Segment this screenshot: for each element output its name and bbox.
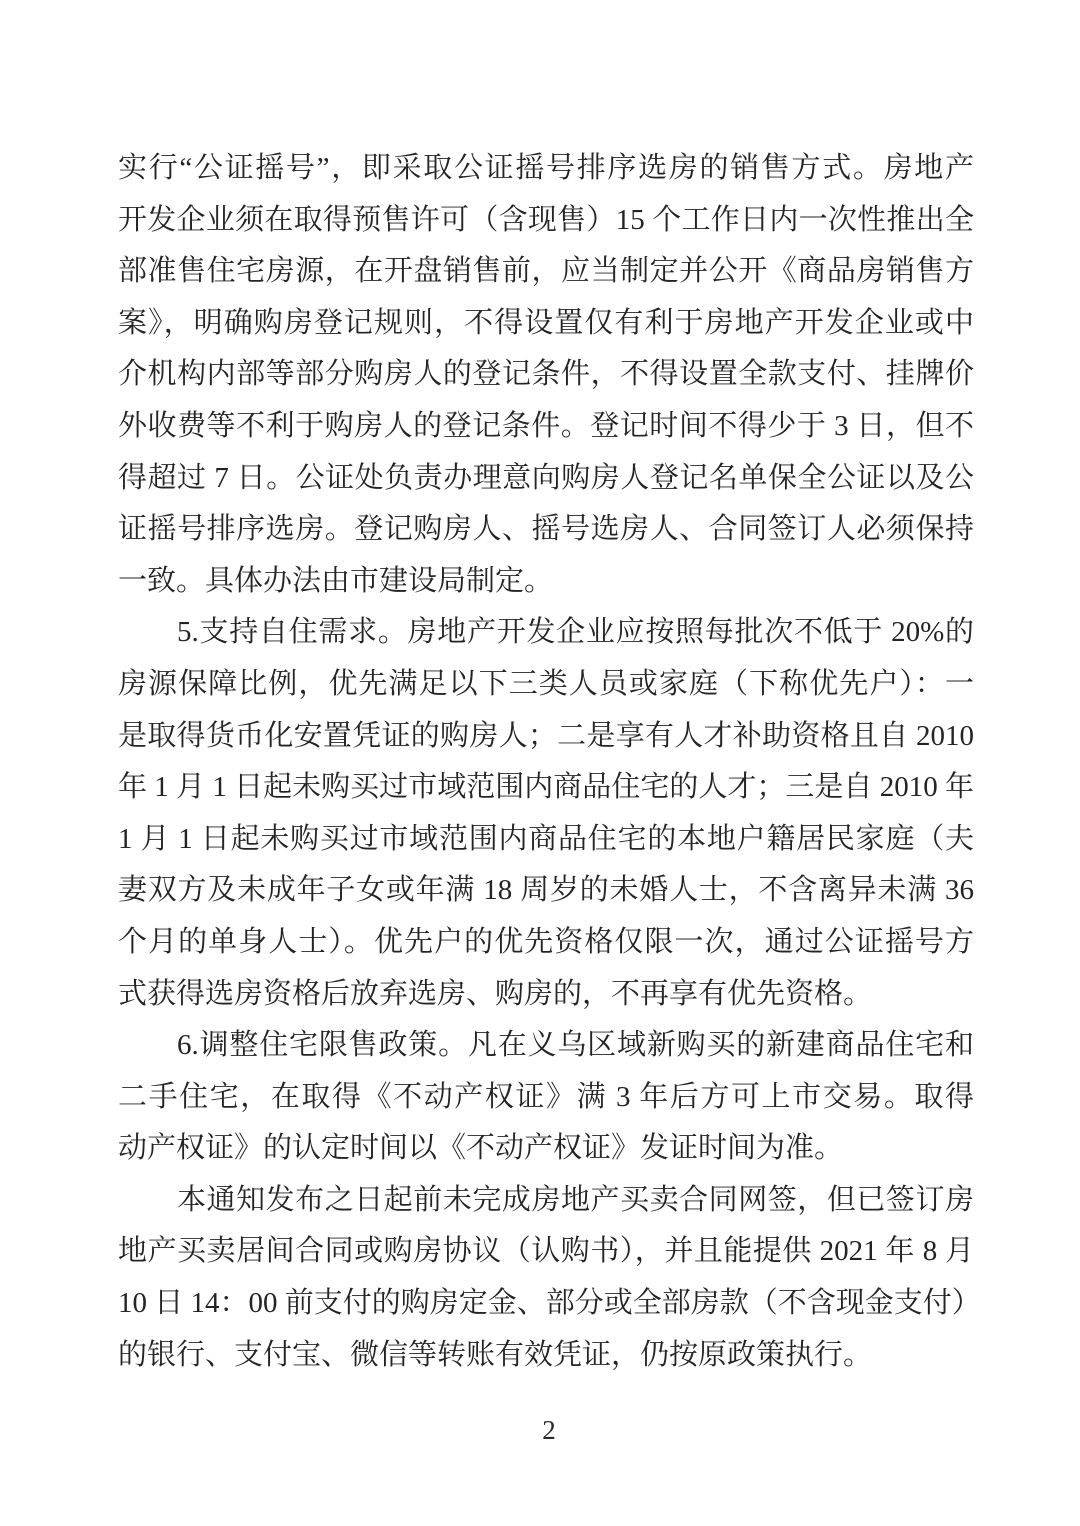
text-line-item-5: 5.支持自住需求。房地产开发企业应按照每批次不低于 20%的: [118, 607, 974, 659]
text-line: 式获得选房资格后放弃选房、购房的，不再享有优先资格。: [118, 969, 974, 1021]
text-line: 案》，明确购房登记规则，不得设置仅有利于房地产开发企业或中: [118, 298, 974, 350]
text-line: 外收费等不利于购房人的登记条件。登记时间不得少于 3 日，但不: [118, 401, 974, 453]
text-line: 是取得货币化安置凭证的购房人；二是享有人才补助资格且自 2010: [118, 711, 974, 763]
document-page: 实行“公证摇号”，即采取公证摇号排序选房的销售方式。房地产 开发企业须在取得预售…: [0, 0, 1080, 1526]
text-line: 房源保障比例，优先满足以下三类人员或家庭（下称优先户）：一: [118, 659, 974, 711]
text-line: 二手住宅，在取得《不动产权证》满 3 年后方可上市交易。取得《不: [118, 1072, 974, 1124]
text-line: 部准售住宅房源，在开盘销售前，应当制定并公开《商品房销售方: [118, 246, 974, 298]
text-line: 开发企业须在取得预售许可（含现售）15 个工作日内一次性推出全: [118, 195, 974, 247]
document-body: 实行“公证摇号”，即采取公证摇号排序选房的销售方式。房地产 开发企业须在取得预售…: [118, 143, 974, 1381]
text-line: 地产买卖居间合同或购房协议（认购书），并且能提供 2021 年 8 月: [118, 1226, 974, 1278]
text-line: 得超过 7 日。公证处负责办理意向购房人登记名单保全公证以及公: [118, 453, 974, 505]
text-line: 的银行、支付宝、微信等转账有效凭证，仍按原政策执行。: [118, 1330, 974, 1382]
page-number: 2: [0, 1413, 1080, 1447]
text-line-item-6: 6.调整住宅限售政策。凡在义乌区域新购买的新建商品住宅和: [118, 1020, 974, 1072]
text-line: 10 日 14：00 前支付的购房定金、部分或全部房款（不含现金支付）: [118, 1278, 974, 1330]
text-line: 证摇号排序选房。登记购房人、摇号选房人、合同签订人必须保持: [118, 504, 974, 556]
text-line: 1 月 1 日起未购买过市域范围内商品住宅的本地户籍居民家庭（夫: [118, 814, 974, 866]
text-line: 一致。具体办法由市建设局制定。: [118, 556, 974, 608]
text-line: 实行“公证摇号”，即采取公证摇号排序选房的销售方式。房地产: [118, 143, 974, 195]
text-line: 妻双方及未成年子女或年满 18 周岁的未婚人士，不含离异未满 36: [118, 865, 974, 917]
text-line: 本通知发布之日起前未完成房地产买卖合同网签，但已签订房: [118, 1175, 974, 1227]
text-line: 个月的单身人士）。优先户的优先资格仅限一次，通过公证摇号方: [118, 917, 974, 969]
text-line: 年 1 月 1 日起未购买过市域范围内商品住宅的人才；三是自 2010 年: [118, 762, 974, 814]
text-line: 动产权证》的认定时间以《不动产权证》发证时间为准。: [118, 1123, 974, 1175]
text-line: 介机构内部等部分购房人的登记条件，不得设置全款支付、挂牌价: [118, 349, 974, 401]
